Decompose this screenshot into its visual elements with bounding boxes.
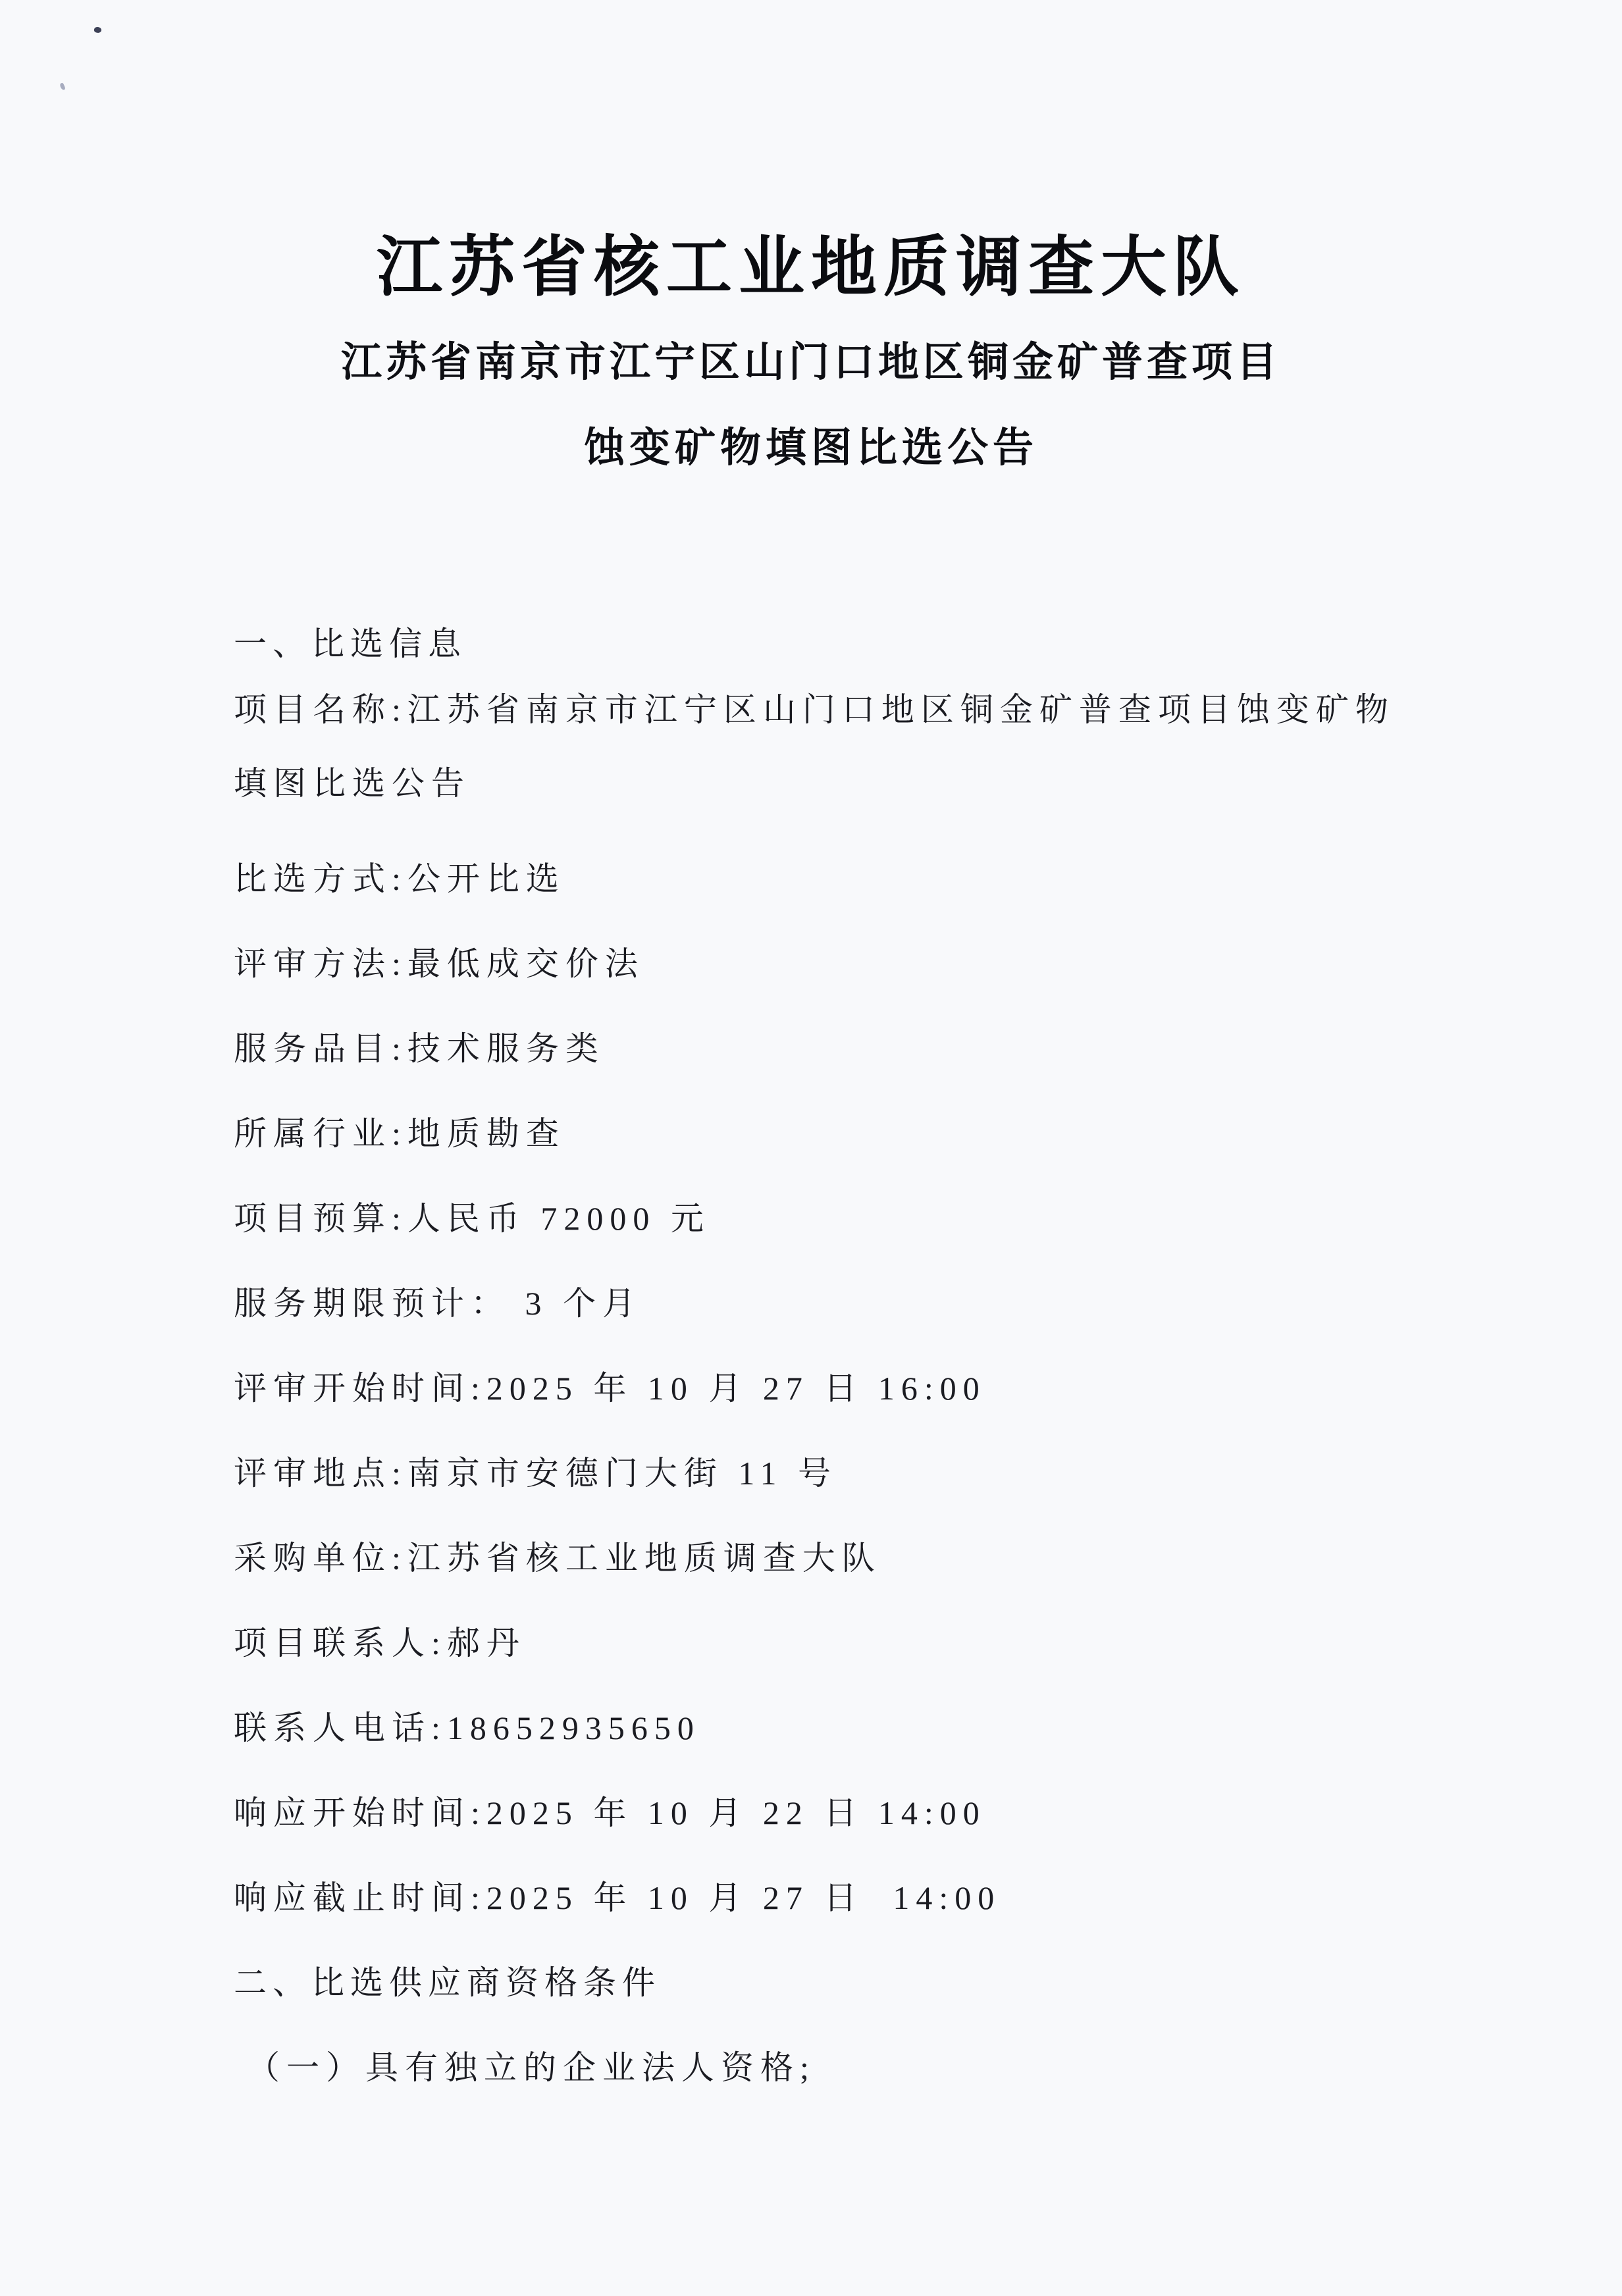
field-response-deadline: 响应截止时间:2025 年 10 月 27 日 14:00 [234, 1861, 1405, 1935]
field-review-location: 评审地点:南京市安德门大街 11 号 [234, 1436, 1405, 1510]
section-1-heading: 一、比选信息 [234, 607, 1405, 681]
document-body: 一、比选信息 项目名称:江苏省南京市江宁区山门口地区铜金矿普查项目蚀变矿物填图比… [234, 607, 1405, 2116]
project-subtitle: 江苏省南京市江宁区山门口地区铜金矿普查项目 [0, 341, 1622, 384]
field-label: 评审方法: [234, 945, 407, 982]
section-2-heading: 二、比选供应商资格条件 [234, 1946, 1405, 2020]
scan-speck [93, 26, 102, 34]
field-label: 评审开始时间: [234, 1370, 486, 1407]
field-label: 联系人电话: [234, 1709, 447, 1746]
field-value: 人民币 72000 元 [407, 1200, 710, 1237]
field-label: 所属行业: [234, 1115, 407, 1152]
field-value: 3 个月 [510, 1285, 642, 1322]
field-label: 响应开始时间: [234, 1794, 486, 1831]
field-selection-method: 比选方式:公开比选 [234, 842, 1405, 916]
field-contact-phone: 联系人电话:18652935650 [234, 1691, 1405, 1765]
field-value: 2025 年 10 月 27 日 16:00 [486, 1370, 986, 1407]
field-value: 江苏省核工业地质调查大队 [407, 1540, 881, 1577]
field-label: 比选方式: [234, 860, 407, 897]
announcement-subtitle: 蚀变矿物填图比选公告 [0, 427, 1622, 470]
field-service-category: 服务品目:技术服务类 [234, 1012, 1405, 1085]
organization-title: 江苏省核工业地质调查大队 [0, 232, 1622, 304]
field-label: 服务品目: [234, 1030, 407, 1067]
field-label: 响应截止时间: [234, 1879, 486, 1916]
field-review-start-time: 评审开始时间:2025 年 10 月 27 日 16:00 [234, 1351, 1405, 1425]
field-label: 评审地点: [234, 1455, 407, 1492]
field-label: 采购单位: [234, 1540, 407, 1577]
field-review-method: 评审方法:最低成交价法 [234, 927, 1405, 1001]
field-label: 项目名称: [234, 691, 407, 728]
field-label: 项目预算: [234, 1200, 407, 1237]
field-budget: 项目预算:人民币 72000 元 [234, 1182, 1405, 1255]
field-response-start-time: 响应开始时间:2025 年 10 月 22 日 14:00 [234, 1776, 1405, 1850]
scanned-document-page: 江苏省核工业地质调查大队 江苏省南京市江宁区山门口地区铜金矿普查项目 蚀变矿物填… [0, 0, 1622, 2296]
field-value: 2025 年 10 月 27 日 14:00 [486, 1879, 1001, 1916]
field-value: 江苏省南京市江宁区山门口地区铜金矿普查项目蚀变矿物填图比选公告 [234, 691, 1395, 802]
field-service-period: 服务期限预计： 3 个月 [234, 1266, 1405, 1340]
field-value: 公开比选 [407, 860, 565, 897]
field-label: 服务期限预计： [234, 1285, 510, 1322]
field-purchaser: 采购单位:江苏省核工业地质调查大队 [234, 1521, 1405, 1595]
field-label: 项目联系人: [234, 1625, 447, 1661]
field-industry: 所属行业:地质勘查 [234, 1097, 1405, 1170]
field-project-contact: 项目联系人:郝丹 [234, 1606, 1405, 1680]
field-value: 郝丹 [447, 1625, 526, 1661]
field-value: 2025 年 10 月 22 日 14:00 [486, 1794, 986, 1831]
field-project-name: 项目名称:江苏省南京市江宁区山门口地区铜金矿普查项目蚀变矿物填图比选公告 [234, 673, 1405, 820]
field-value: 最低成交价法 [407, 945, 644, 982]
field-value: 18652935650 [447, 1709, 700, 1746]
scan-speck [59, 82, 66, 90]
field-value: 地质勘查 [407, 1115, 565, 1152]
qualification-item-1: （一）具有独立的企业法人资格; [234, 2031, 1405, 2104]
field-value: 南京市安德门大街 11 号 [407, 1455, 837, 1492]
field-value: 技术服务类 [407, 1030, 605, 1067]
